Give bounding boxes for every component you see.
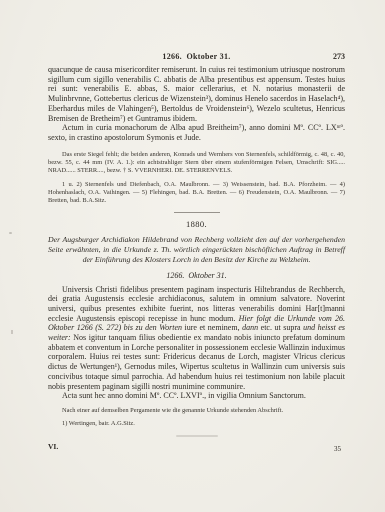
entry-number-1880: 1880.: [48, 219, 345, 229]
sheet-number: 35: [334, 445, 341, 453]
page-header: 1266. Oktober 31. 273: [48, 52, 345, 65]
charter-text-paragraph: Universis Christi fidelibus presentem pa…: [48, 285, 345, 392]
regest-paragraph: Der Augsburger Archidiakon Hildebrand vo…: [48, 235, 345, 266]
scan-smudge: [176, 435, 218, 437]
entry-date-1880: 1266. Oktober 31.: [48, 271, 345, 280]
scan-speck: [11, 330, 13, 334]
entry-1879: quacunque de causa misericorditer remise…: [48, 65, 345, 143]
actum-paragraph: Actum in curia monachorum de Alba apud B…: [48, 123, 345, 142]
acta-line: Acta sunt hec anno domini Mº. CCº. LXVIº…: [48, 391, 345, 401]
scanned-book-page: { "header": { "date": "1266. Oktober 31.…: [0, 0, 385, 512]
running-head-date: 1266. Oktober 31.: [48, 52, 345, 61]
seal-description: Das erste Siegel fehlt; die beiden ander…: [48, 151, 345, 175]
page-footer: VI. 35: [48, 442, 345, 454]
footnotes-1879: 1 u. 2) Sternenfels und Diefenbach, O.A.…: [48, 181, 345, 205]
continuation-paragraph: quacunque de causa misericorditer remise…: [48, 65, 345, 123]
footnote-1880: 1) Wertingen, bair. A.G.Sitz.: [48, 420, 345, 428]
entry-1880-body: Universis Christi fidelibus presentem pa…: [48, 285, 345, 401]
page-number: 273: [333, 52, 345, 61]
page-content: 1266. Oktober 31. 273 quacunque de causa…: [48, 52, 345, 454]
section-divider: [174, 212, 220, 213]
scan-speck: [9, 232, 12, 234]
source-note: Nach einer auf demselben Pergamente wie …: [48, 407, 345, 415]
volume-signature: VI.: [48, 442, 58, 451]
